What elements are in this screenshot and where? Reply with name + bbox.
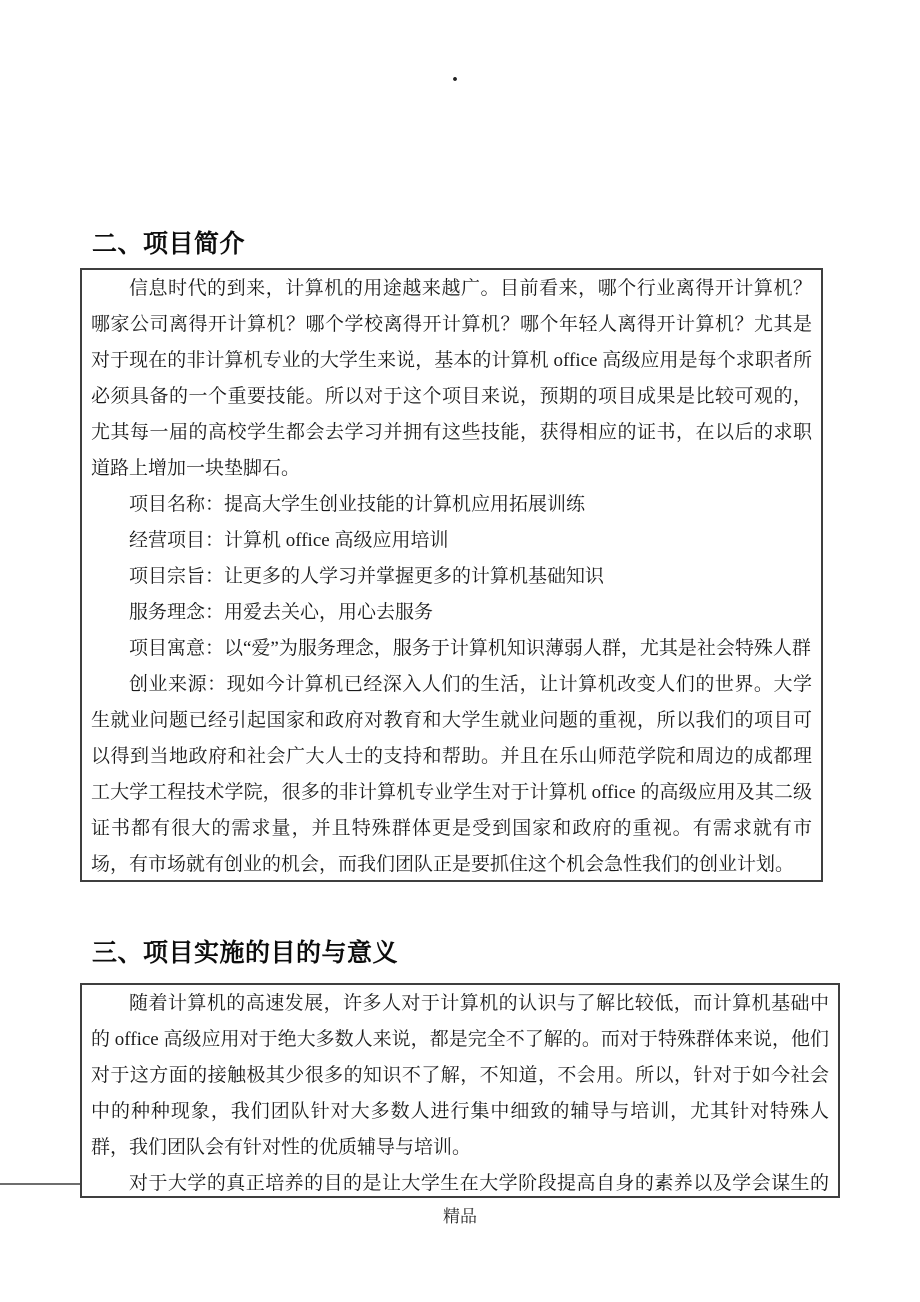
project-intro-text-box: 信息时代的到来，计算机的用途越来越广。目前看来，哪个行业离得开计算机？哪家公司离…	[80, 268, 823, 882]
purpose-text-box: 随着计算机的高速发展，许多人对于计算机的认识与了解比较低，而计算机基础中的 of…	[80, 983, 840, 1198]
section-heading-project-intro: 二、项目简介	[92, 224, 245, 260]
footer-watermark: 精品	[0, 1202, 920, 1227]
service-concept-line: 服务理念：用爱去关心，用心去服务	[91, 595, 812, 631]
purpose-paragraph-1: 随着计算机的高速发展，许多人对于计算机的认识与了解比较低，而计算机基础中的 of…	[91, 986, 829, 1166]
business-item-line: 经营项目：计算机 office 高级应用培训	[91, 523, 812, 559]
project-aim-line: 项目宗旨：让更多的人学习并掌握更多的计算机基础知识	[91, 559, 812, 595]
project-name-line: 项目名称：提高大学生创业技能的计算机应用拓展训练	[91, 487, 812, 523]
document-page: { "page": { "top_mark": ".", "footer_tex…	[0, 0, 920, 1302]
project-meaning-line: 项目寓意：以“爱”为服务理念，服务于计算机知识薄弱人群，尤其是社会特殊人群	[91, 631, 812, 667]
intro-paragraph: 信息时代的到来，计算机的用途越来越广。目前看来，哪个行业离得开计算机？哪家公司离…	[91, 271, 812, 487]
section-heading-purpose: 三、项目实施的目的与意义	[92, 933, 398, 969]
purpose-paragraph-2: 对于大学的真正培养的目的是让大学生在大学阶段提高自身的素养以及学会谋生的本领，	[91, 1166, 829, 1198]
startup-origin-paragraph: 创业来源：现如今计算机已经深入人们的生活，让计算机改变人们的世界。大学生就业问题…	[91, 667, 812, 882]
stray-period-mark: .	[452, 62, 458, 86]
